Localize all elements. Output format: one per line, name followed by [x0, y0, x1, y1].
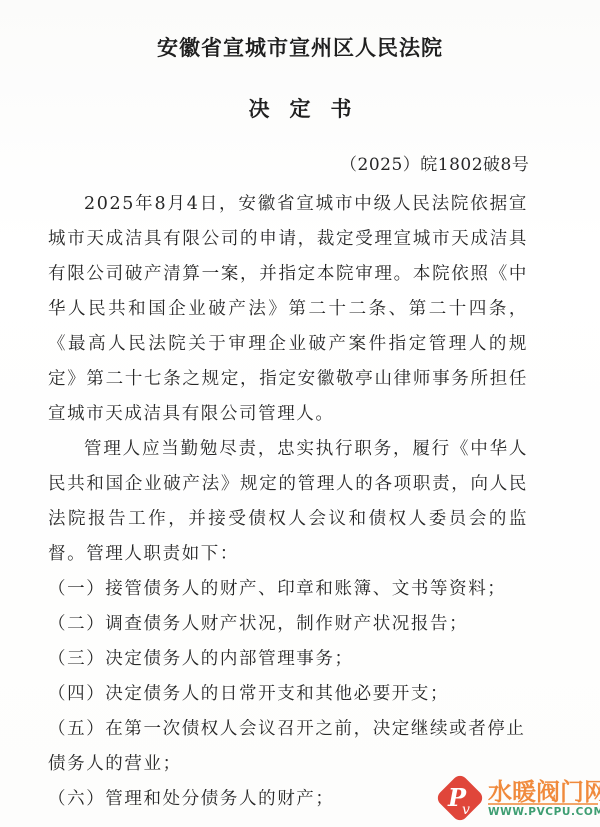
svg-text:v: v: [462, 802, 470, 818]
duty-item-2: （二）调查债务人财产状况，制作财产状况报告；: [48, 607, 528, 642]
pv-logo-icon: P v: [434, 772, 486, 824]
case-number: （2025）皖1802破8号: [340, 150, 529, 175]
document-type-title: 决定书: [0, 93, 600, 123]
watermark-divider: [488, 803, 598, 805]
watermark-url: WWW.PVCPU.COM: [488, 806, 600, 818]
paragraph-duties-intro: 管理人应当勤勉尽责，忠实执行职务，履行《中华人民共和国企业破产法》规定的管理人的…: [48, 432, 528, 572]
court-name-heading: 安徽省宣城市宣州区人民法院: [0, 32, 600, 62]
duty-item-3: （三）决定债务人的内部管理事务；: [48, 642, 528, 677]
site-watermark: P v 水暖阀门网 WWW.PVCPU.COM: [434, 770, 600, 827]
duty-item-1: （一）接管债务人的财产、印章和账簿、文书等资料；: [48, 572, 528, 607]
document-page: 安徽省宣城市宣州区人民法院 决定书 （2025）皖1802破8号 2025年8月…: [0, 0, 600, 827]
duty-item-4: （四）决定债务人的日常开支和其他必要开支；: [48, 677, 528, 712]
paragraph-appointment: 2025年8月4日，安徽省宣城市中级人民法院依据宣城市天成洁具有限公司的申请，裁…: [48, 187, 528, 432]
watermark-site-name: 水暖阀门网: [488, 772, 600, 807]
document-body: 2025年8月4日，安徽省宣城市中级人民法院依据宣城市天成洁具有限公司的申请，裁…: [48, 187, 528, 817]
